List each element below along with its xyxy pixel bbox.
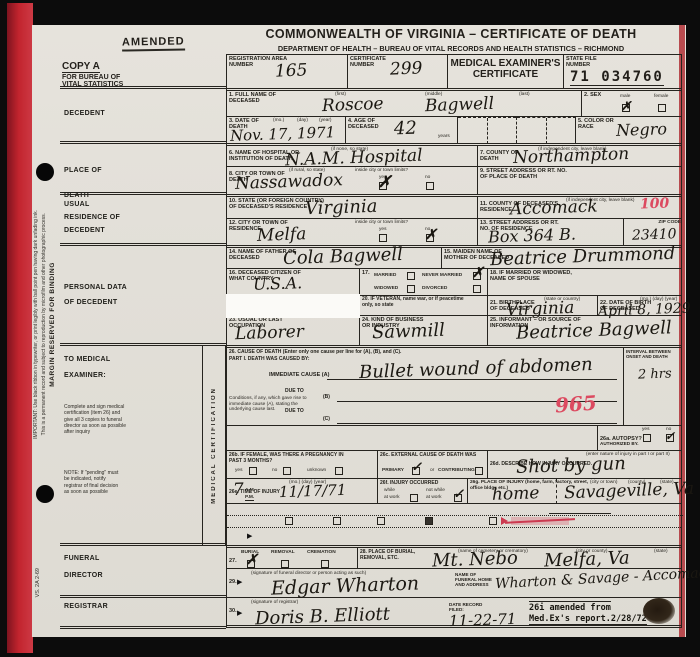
residence-state-cell: 10. STATE (OR FOREIGN COUNTRY) OF DECEAS… (227, 197, 477, 218)
married-checkbox (407, 272, 415, 280)
date-of-death-cell: 3. DATE OF DEATH (mo.) (day) (year) Nov.… (227, 117, 345, 143)
injury-occurred-label: 26f. INJURY OCCURRED (380, 480, 465, 486)
section-funeral-director: FUNERAL DIRECTOR (64, 550, 124, 584)
row-occupation-informant: 23. USUAL OR LAST OCCUPATION Laborer 24.… (227, 315, 681, 345)
certificate-subtitle: DEPARTMENT OF HEALTH – BUREAU OF VITAL R… (220, 44, 682, 53)
autopsy-no-mark: ✓ (665, 430, 675, 442)
state-file-value: 71 034760 (570, 69, 664, 86)
margin-important-note-2: This is a permanent record and subject t… (41, 213, 47, 435)
copy-a-sub1: FOR BUREAU OF (62, 74, 123, 81)
removal-checkbox (281, 560, 289, 568)
residence-state-value: Virginia (305, 198, 378, 219)
funeral-arrow-icon: ▶ (237, 578, 242, 586)
widowed-label: WIDOWED (374, 286, 398, 291)
amended-note-line1: 26i amended from (529, 601, 611, 613)
residence-street-cell: 13. STREET ADDRESS OR RT. NO. OF RESIDEN… (477, 219, 623, 245)
first-name-value: Roscoe (322, 96, 384, 115)
residence-county-value: Accomack (510, 198, 598, 218)
limits-no-checkbox (426, 182, 434, 190)
certificate-number-value: 299 (390, 60, 423, 78)
section-registrar: REGISTRAR (64, 603, 108, 610)
burial-state-sub: (state) (654, 549, 668, 554)
street-of-death-cell: 9. STREET ADDRESS OR RT. NO. OF PLACE OF… (477, 167, 683, 194)
birthplace-value: Virginia (506, 300, 575, 319)
am-label: A.M. (245, 488, 255, 493)
registrar-signature: Doris B. Elliott (255, 606, 391, 629)
state-file-cell: STATE FILE NUMBER 71 034760 (563, 55, 683, 88)
certify-time-line (549, 513, 611, 514)
marital-status-cell: 17. MARRIED NEVER MARRIED ✗ WIDOWED DIVO… (359, 269, 487, 295)
never-married-label: NEVER MARRIED (422, 273, 462, 278)
citizen-cell: 16. DECEASED CITIZEN OF WHAT COUNTRY U.S… (227, 269, 359, 295)
not-while-label-1: not while (426, 488, 445, 493)
number-grid: REGISTRATION AREA NUMBER 165 CERTIFICATE… (226, 54, 682, 88)
cemetery-value: Mt. Nebo (432, 550, 518, 571)
primary-checkbox: ✓ (412, 467, 420, 475)
residence-yes-label: yes (379, 227, 386, 232)
binding-margin-text: IMPORTANT: Use black ribbon in typewrite… (33, 128, 56, 520)
under-one-cell (457, 117, 575, 143)
certificate-number-cell: CERTIFICATE NUMBER 299 (347, 55, 447, 88)
date-of-birth-value: April 8, 1929 (598, 301, 691, 318)
burial-checkbox: ✗ (247, 560, 255, 568)
months-col (458, 118, 488, 144)
limits-question: inside city or town limits? (355, 168, 440, 173)
female-checkbox (658, 104, 666, 112)
binding-red-band (7, 3, 33, 653)
sex-cell: 2. SEX male ✗ female (581, 91, 683, 116)
date-of-birth-cell: 22. DATE OF BIRTH OF DECEASED (mo.) (day… (597, 296, 683, 315)
margin-binding-title: MARGIN RESERVED FOR BINDING (49, 262, 56, 387)
row-pregnancy-external-injury: 26b. IF FEMALE, WAS THERE A PREGNANCY IN… (227, 450, 681, 478)
medical-examiners-certificate-cell: MEDICAL EXAMINER'S CERTIFICATE (447, 55, 563, 88)
never-married-mark: ✗ (472, 266, 484, 280)
examiner-signature-cell: ▶ (227, 528, 683, 545)
age-unit: years (438, 134, 450, 139)
residence-no-checkbox: ✗ (426, 234, 434, 242)
informant-value: Beatrice Bagwell (516, 319, 672, 342)
while-label-1: while (384, 488, 395, 493)
last-sub: (last) (519, 92, 530, 97)
limits-yes-checkbox: ✗ (379, 182, 387, 190)
row-residence-city-street: 12. CITY OR TOWN OF RESIDENCE inside cit… (227, 218, 681, 245)
certificate-title: COMMONWEALTH OF VIRGINIA – CERTIFICATE O… (220, 27, 682, 41)
pending-note: NOTE: If "pending" must be indicated, no… (64, 470, 124, 495)
place-of-injury-cell: 26g. PLACE OF INJURY (home, farm, factor… (467, 479, 683, 503)
row-examiner-signature: ▶ (227, 527, 681, 545)
section-usual-residence: USUAL RESIDENCE OF DECEDENT (64, 198, 128, 237)
zip-label: ZIP CODE (626, 220, 681, 225)
widowed-checkbox (407, 285, 415, 293)
father-value: Cola Bagwell (283, 246, 403, 268)
date-of-injury-value: 11/17/71 (279, 483, 347, 500)
or-label: or (430, 468, 434, 473)
male-checkbox: ✗ (622, 104, 630, 112)
row-name-sex: 1. FULL NAME OF DECEASED (first) (middle… (227, 88, 681, 116)
registrar-arrow-icon: ▶ (237, 609, 242, 617)
row-burial: 27. BURIAL ✗ REMOVAL CREMATION 28. PLACE… (227, 545, 681, 568)
registration-area-cell: REGISTRATION AREA NUMBER 165 (227, 55, 347, 88)
time-of-injury-cell: 26e. TIME OF INJURY (mo.) (day) (year) A… (227, 479, 377, 503)
primary-mark: ✓ (411, 461, 422, 474)
form-code: VS. 2A 2-69 (35, 568, 41, 597)
burial-city-value: Melfa, Va (544, 550, 630, 571)
row-part2-autopsy: 26a. AUTOPSY? yes no ✓ AUTHORIZED BY. (227, 425, 681, 450)
occupation-value: Laborer (235, 324, 304, 343)
certify-cell (227, 504, 683, 527)
veteran-cell: 20. IF VETERAN, name war, or if peacetim… (359, 296, 487, 315)
row-citizen-marital: 16. DECEASED CITIZEN OF WHAT COUNTRY U.S… (227, 268, 681, 295)
female-label: female (654, 94, 668, 99)
center-title-line2: CERTIFICATE (450, 69, 561, 80)
zip-value: 23410 (632, 227, 677, 243)
city-of-death-value: Nassawadox (235, 172, 344, 193)
red-code-965: 965 (554, 393, 597, 416)
registrar-number: 30. (229, 608, 237, 614)
occupation-cell: 23. USUAL OR LAST OCCUPATION Laborer (227, 316, 359, 345)
zip-cell: ZIP CODE 23410 (623, 219, 683, 245)
row-certify (227, 503, 681, 527)
birthplace-cell: 21. BIRTHPLACE OF DECEASED (state or cou… (487, 296, 597, 315)
autopsy-cell: 26a. AUTOPSY? yes no ✓ AUTHORIZED BY. (597, 426, 683, 450)
informant-cell: 25. INFORMANT – OR SOURCE OF INFORMATION… (487, 316, 683, 345)
due-to-c-label: DUE TO (285, 408, 304, 414)
spouse-cell: 18. IF MARRIED OR WIDOWED, NAME OF SPOUS… (487, 269, 683, 295)
section-line (60, 243, 226, 246)
section-line (60, 595, 226, 598)
amended-stamp: AMENDED (122, 35, 185, 51)
limits-yes-mark: ✗ (378, 174, 391, 190)
time-of-injury-value: 7 (233, 482, 244, 499)
days-col (488, 118, 517, 144)
section-to-medical-examiner: TO MEDICAL EXAMINER: (64, 352, 124, 384)
pregnancy-yes-label: yes (235, 468, 242, 473)
scanned-death-certificate: IMPORTANT: Use black ribbon in typewrite… (0, 0, 700, 657)
natural-causes-checkbox (285, 517, 293, 525)
row-city-of-death: 8. CITY OR TOWN OF DEATH (if rural, so s… (227, 166, 681, 194)
injury-occurred-cell: 26f. INJURY OCCURRED while at work not w… (377, 479, 467, 503)
row-registrar: 30. ▶ (signature of registrar) Doris B. … (227, 597, 681, 628)
residence-street-value: Box 364 B. (488, 226, 576, 245)
interval-value: 2 hrs (638, 367, 672, 381)
hospital-cell: 6. NAME OF HOSPITAL OR INSTITUTION OF DE… (227, 146, 477, 166)
full-name-label: 1. FULL NAME OF DECEASED (229, 92, 291, 105)
day-sub: (day) (297, 118, 308, 123)
while-label-2: at work (384, 495, 399, 500)
funeral-director-cell: 29. ▶ (signature of funeral director or … (227, 569, 683, 597)
male-mark: ✗ (621, 100, 631, 112)
homicide-checkbox (425, 517, 433, 525)
removal-label: REMOVAL (271, 550, 295, 555)
redacted-field-cell (227, 296, 359, 315)
age-value: 42 (394, 120, 418, 139)
city-of-death-cell: 8. CITY OR TOWN OF DEATH (if rural, so s… (227, 167, 477, 194)
external-cause-label: 26c. EXTERNAL CAUSE OF DEATH WAS (380, 452, 480, 458)
color-race-label: 5. COLOR OR RACE (578, 118, 614, 131)
not-while-label-2: at work (426, 495, 441, 500)
place-of-injury-value: home (492, 485, 540, 504)
ink-blot (643, 598, 675, 624)
section-line (60, 626, 226, 629)
full-name-cell: 1. FULL NAME OF DECEASED (first) (middle… (227, 91, 581, 116)
place-of-burial-cell: 28. PLACE OF BURIAL, REMOVAL, ETC. (name… (357, 548, 683, 568)
last-name-value: Bagwell (425, 96, 495, 115)
married-label: MARRIED (374, 273, 396, 278)
contributing-label: CONTRIBUTING (438, 468, 475, 473)
veteran-label: 20. IF VETERAN, name war, or if peacetim… (362, 297, 466, 309)
registrar-signature-sub: (signature of registrar) (251, 600, 298, 605)
suicide-checkbox (377, 517, 385, 525)
pregnancy-unknown-label: unknown (307, 468, 326, 473)
age-label: 4. AGE OF DECEASED (348, 118, 390, 131)
under-1-day-cols (517, 118, 576, 144)
burial-mark: ✗ (246, 553, 258, 567)
copy-a-block: COPY A FOR BUREAU OF VITAL STATISTICS (62, 56, 123, 88)
copy-a-sub2: VITAL STATISTICS (62, 81, 123, 88)
while-at-work-checkbox (410, 494, 418, 502)
row-hospital-county: 6. NAME OF HOSPITAL OR INSTITUTION OF DE… (227, 143, 681, 166)
pregnancy-label: 26b. IF FEMALE, WAS THERE A PREGNANCY IN… (229, 452, 351, 465)
state-file-label: STATE FILE NUMBER (566, 56, 606, 69)
external-cause-cell: 26c. EXTERNAL CAUSE OF DEATH WAS PRIMARY… (377, 451, 487, 478)
primary-label: PRIMARY (382, 468, 404, 473)
residence-county-red-code: 100 (640, 196, 670, 211)
if-under-1-day (517, 117, 576, 143)
funeral-director-signature: Edgar Wharton (271, 574, 420, 598)
pregnancy-no-checkbox (283, 467, 291, 475)
section-personal-data: PERSONAL DATA OF DECEDENT (64, 280, 128, 310)
interval-cell: INTERVAL BETWEEN ONSET AND DEATH 2 hrs (623, 348, 683, 425)
age-cell: 4. AGE OF DECEASED 42 years (345, 117, 457, 143)
part2-cell (227, 426, 597, 450)
date-record-filed-value: 11-22-71 (449, 612, 517, 629)
not-while-at-work-checkbox: ✓ (454, 494, 462, 502)
if-under-1-year (458, 117, 517, 143)
under-one-grid (458, 117, 575, 143)
date-of-death-value: Nov. 17, 1971 (230, 125, 336, 144)
row-residence-state-county: 10. STATE (OR FOREIGN COUNTRY) OF DECEAS… (227, 194, 681, 218)
b-label: (B) (323, 394, 330, 400)
pregnancy-cell: 26b. IF FEMALE, WAS THERE A PREGNANCY IN… (227, 451, 377, 478)
autopsy-no-checkbox: ✓ (666, 434, 674, 442)
cremation-checkbox (321, 560, 329, 568)
autopsy-yes-checkbox (643, 434, 651, 442)
pregnancy-unknown-checkbox (335, 467, 343, 475)
due-to-b-label: DUE TO (285, 388, 304, 394)
examiner-instructions-note: Complete and sign medical certification … (64, 404, 130, 435)
color-race-cell: 5. COLOR OR RACE Negro (575, 117, 683, 143)
cremation-label: CREMATION (307, 550, 336, 555)
row-time-place-of-injury: 26e. TIME OF INJURY (mo.) (day) (year) A… (227, 478, 681, 503)
row-veteran-birth: 20. IF VETERAN, name war, or if peacetim… (227, 295, 681, 315)
registration-value: 165 (275, 62, 308, 80)
amended-note-line2: Med.Ex's report.2/28/72 (529, 614, 647, 625)
mother-value: Beatrice Drummond (490, 245, 676, 269)
year-sub: (year) (319, 118, 332, 123)
residence-city-cell: 12. CITY OR TOWN OF RESIDENCE inside cit… (227, 219, 477, 245)
not-while-at-work-mark: ✓ (453, 488, 464, 501)
certify-dotted-line (227, 515, 683, 516)
residence-county-cell: 11. COUNTY OF DECEASED'S RESIDENCE (if i… (477, 197, 683, 218)
pregnancy-no-label: no (272, 468, 277, 473)
residence-limits-question: inside city or town limits? (355, 220, 440, 225)
hospital-value: N.A.M. Hospital (285, 148, 423, 170)
row-funeral-director: 29. ▶ (signature of funeral director or … (227, 568, 681, 597)
interval-label: INTERVAL BETWEEN ONSET AND DEATH (626, 349, 681, 359)
section-decedent: DECEDENT (64, 110, 105, 117)
street-of-death-label: 9. STREET ADDRESS OR RT. NO. OF PLACE OF… (480, 168, 572, 181)
father-cell: 14. NAME OF FATHER OF DECEASED Cola Bagw… (227, 248, 441, 268)
limits-no-label: no (425, 175, 430, 180)
cause-of-death-cell: 26. CAUSE OF DEATH (Enter only one cause… (227, 348, 623, 425)
county-of-death-value: Northampton (513, 146, 630, 167)
red-strikeout-stamp (511, 517, 569, 525)
minutes-col (547, 118, 576, 144)
business-value: Sawmill (372, 322, 445, 343)
how-injury-value: Shot by gun (516, 455, 626, 477)
pregnancy-yes-checkbox (249, 467, 257, 475)
under-1-year-cols (458, 118, 516, 144)
spouse-label: 18. IF MARRIED OR WIDOWED, NAME OF SPOUS… (490, 270, 582, 283)
row-parents: 14. NAME OF FATHER OF DECEASED Cola Bagw… (227, 245, 681, 268)
place-of-injury-divider (556, 479, 557, 504)
c-label: (C) (323, 416, 330, 422)
center-title-line1: MEDICAL EXAMINER'S (450, 58, 561, 69)
cause-c-line (337, 423, 617, 424)
never-married-checkbox: ✗ (473, 272, 481, 280)
row-cause-of-death: 26. CAUSE OF DEATH (Enter only one cause… (227, 345, 681, 425)
funeral-number: 29. (229, 579, 237, 585)
copy-a-title: COPY A (62, 61, 100, 73)
citizen-value: U.S.A. (253, 275, 303, 293)
immediate-cause-label: IMMEDIATE CAUSE (A) (269, 372, 329, 378)
medical-certification-label: MEDICAL CERTIFICATION (211, 387, 217, 504)
undetermined-checkbox (489, 517, 497, 525)
business-cell: 24. KIND OF BUSINESS OR INDUSTRY Sawmill (359, 316, 487, 345)
how-injury-cell: 26d. DESCRIBE HOW INJURY OCCURRED. (ente… (487, 451, 683, 478)
margin-important-note-1: IMPORTANT: Use black ribbon in typewrite… (33, 210, 39, 439)
residence-city-value: Melfa (257, 226, 307, 245)
registrar-cell: 30. ▶ (signature of registrar) Doris B. … (227, 598, 683, 625)
color-race-value: Negro (616, 121, 668, 139)
medical-certification-strip: MEDICAL CERTIFICATION (202, 345, 226, 545)
row-death-date-age: 3. DATE OF DEATH (mo.) (day) (year) Nov.… (227, 116, 681, 143)
section-line (60, 141, 226, 144)
authorized-by-label: AUTHORIZED BY. (600, 441, 639, 446)
mo-sub: (mo.) (273, 118, 284, 123)
conditions-note: Conditions, if any, which gave rise to i… (229, 396, 321, 413)
certificate-form: 1. FULL NAME OF DECEASED (first) (middle… (226, 88, 682, 628)
funeral-home-label: NAME OF FUNERAL HOME AND ADDRESS (455, 572, 497, 588)
hours-col (517, 118, 547, 144)
burial-type-cell: 27. BURIAL ✗ REMOVAL CREMATION (227, 548, 357, 568)
punch-hole-top (36, 163, 54, 181)
pm-label: P.M. (245, 495, 254, 501)
place-of-burial-label: 28. PLACE OF BURIAL, REMOVAL, ETC. (360, 549, 422, 562)
residence-no-mark: ✗ (425, 228, 437, 242)
burial-number: 27. (229, 558, 237, 564)
signature-arrow-icon: ▶ (247, 532, 252, 540)
divorced-checkbox (473, 285, 481, 293)
accident-checkbox (333, 517, 341, 525)
place-of-injury-city-value: Savageville, Va (564, 481, 695, 503)
county-of-death-cell: 7. COUNTY OF DEATH (if independent city,… (477, 146, 683, 166)
autopsy-yes-label: yes (642, 427, 649, 432)
divorced-label: DIVORCED (422, 286, 447, 291)
redaction-white-box (226, 294, 360, 318)
punch-hole-bottom (36, 485, 54, 503)
contributing-checkbox (475, 467, 483, 475)
residence-yes-checkbox (379, 234, 387, 242)
